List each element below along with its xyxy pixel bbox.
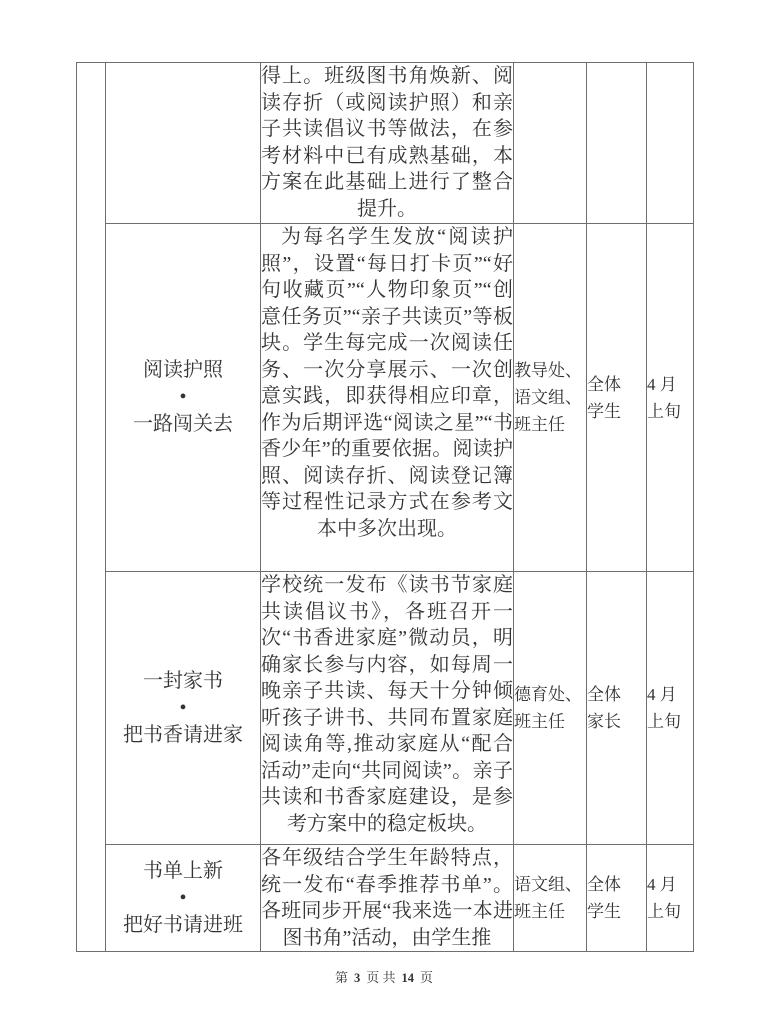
footer-label-suffix: 页 <box>420 970 433 985</box>
department-cell: 教导处、 语文组、 班主任 <box>514 224 587 572</box>
footer-current-page: 3 <box>354 971 360 985</box>
table-row: 阅读护照 • 一路闯关去 为每名学生发放“阅读护照”，设置“每日打卡页”“好句收… <box>77 224 694 572</box>
schedule-cell: 4 月 上旬 <box>647 572 694 845</box>
schedule-cell: 4 月 上旬 <box>647 845 694 952</box>
activity-detail-text: 为每名学生发放“阅读护照”，设置“每日打卡页”“好句收藏页”“人物印象页”“创意… <box>261 224 513 542</box>
activity-detail-cell: 各年级结合学生年龄特点，统一发布“春季推荐书单”。各班同步开展“我来选一本进图书… <box>261 845 514 952</box>
page-footer: 第3页 共14页 <box>0 967 768 986</box>
document-page: { "table": { "rows": [ { "activity_name_… <box>0 0 768 1024</box>
footer-label-middle: 页 共 <box>366 970 395 985</box>
department-cell: 语文组、 班主任 <box>514 845 587 952</box>
audience-cell: 全体 学生 <box>587 845 647 952</box>
row-number-cell <box>77 63 106 952</box>
activity-name-cell: 书单上新 • 把好书请进班 <box>106 845 261 952</box>
table-row: 一封家书 • 把书香请进家 学校统一发布《读书节家庭共读倡议书》，各班召开一次“… <box>77 572 694 845</box>
activity-detail-cell: 学校统一发布《读书节家庭共读倡议书》，各班召开一次“书香进家庭”微动员，明确家长… <box>261 572 514 845</box>
audience-cell: 全体 家长 <box>587 572 647 845</box>
activity-detail-text: 得上。班级图书角焕新、阅读存折（或阅读护照）和亲子共读倡议书等做法，在参考材料中… <box>261 63 513 222</box>
table-row: 书单上新 • 把好书请进班 各年级结合学生年龄特点，统一发布“春季推荐书单”。各… <box>77 845 694 952</box>
activity-detail-cell: 为每名学生发放“阅读护照”，设置“每日打卡页”“好句收藏页”“人物印象页”“创意… <box>261 224 514 572</box>
activity-name-cell: 阅读护照 • 一路闯关去 <box>106 224 261 572</box>
schedule-cell <box>647 63 694 224</box>
audience-cell: 全体 学生 <box>587 224 647 572</box>
table-row: 得上。班级图书角焕新、阅读存折（或阅读护照）和亲子共读倡议书等做法，在参考材料中… <box>77 63 694 224</box>
activity-detail-text: 各年级结合学生年龄特点，统一发布“春季推荐书单”。各班同步开展“我来选一本进图书… <box>261 845 513 951</box>
footer-label-prefix: 第 <box>335 970 348 985</box>
schedule-cell: 4 月 上旬 <box>647 224 694 572</box>
department-cell: 德育处、 班主任 <box>514 572 587 845</box>
footer-total-pages: 14 <box>402 971 415 985</box>
department-cell <box>514 63 587 224</box>
activity-detail-cell: 得上。班级图书角焕新、阅读存折（或阅读护照）和亲子共读倡议书等做法，在参考材料中… <box>261 63 514 224</box>
activity-plan-table: 得上。班级图书角焕新、阅读存折（或阅读护照）和亲子共读倡议书等做法，在参考材料中… <box>76 62 694 952</box>
audience-cell <box>587 63 647 224</box>
activity-name-cell: 一封家书 • 把书香请进家 <box>106 572 261 845</box>
activity-name-cell <box>106 63 261 224</box>
activity-detail-text: 学校统一发布《读书节家庭共读倡议书》，各班召开一次“书香进家庭”微动员，明确家长… <box>261 572 513 837</box>
